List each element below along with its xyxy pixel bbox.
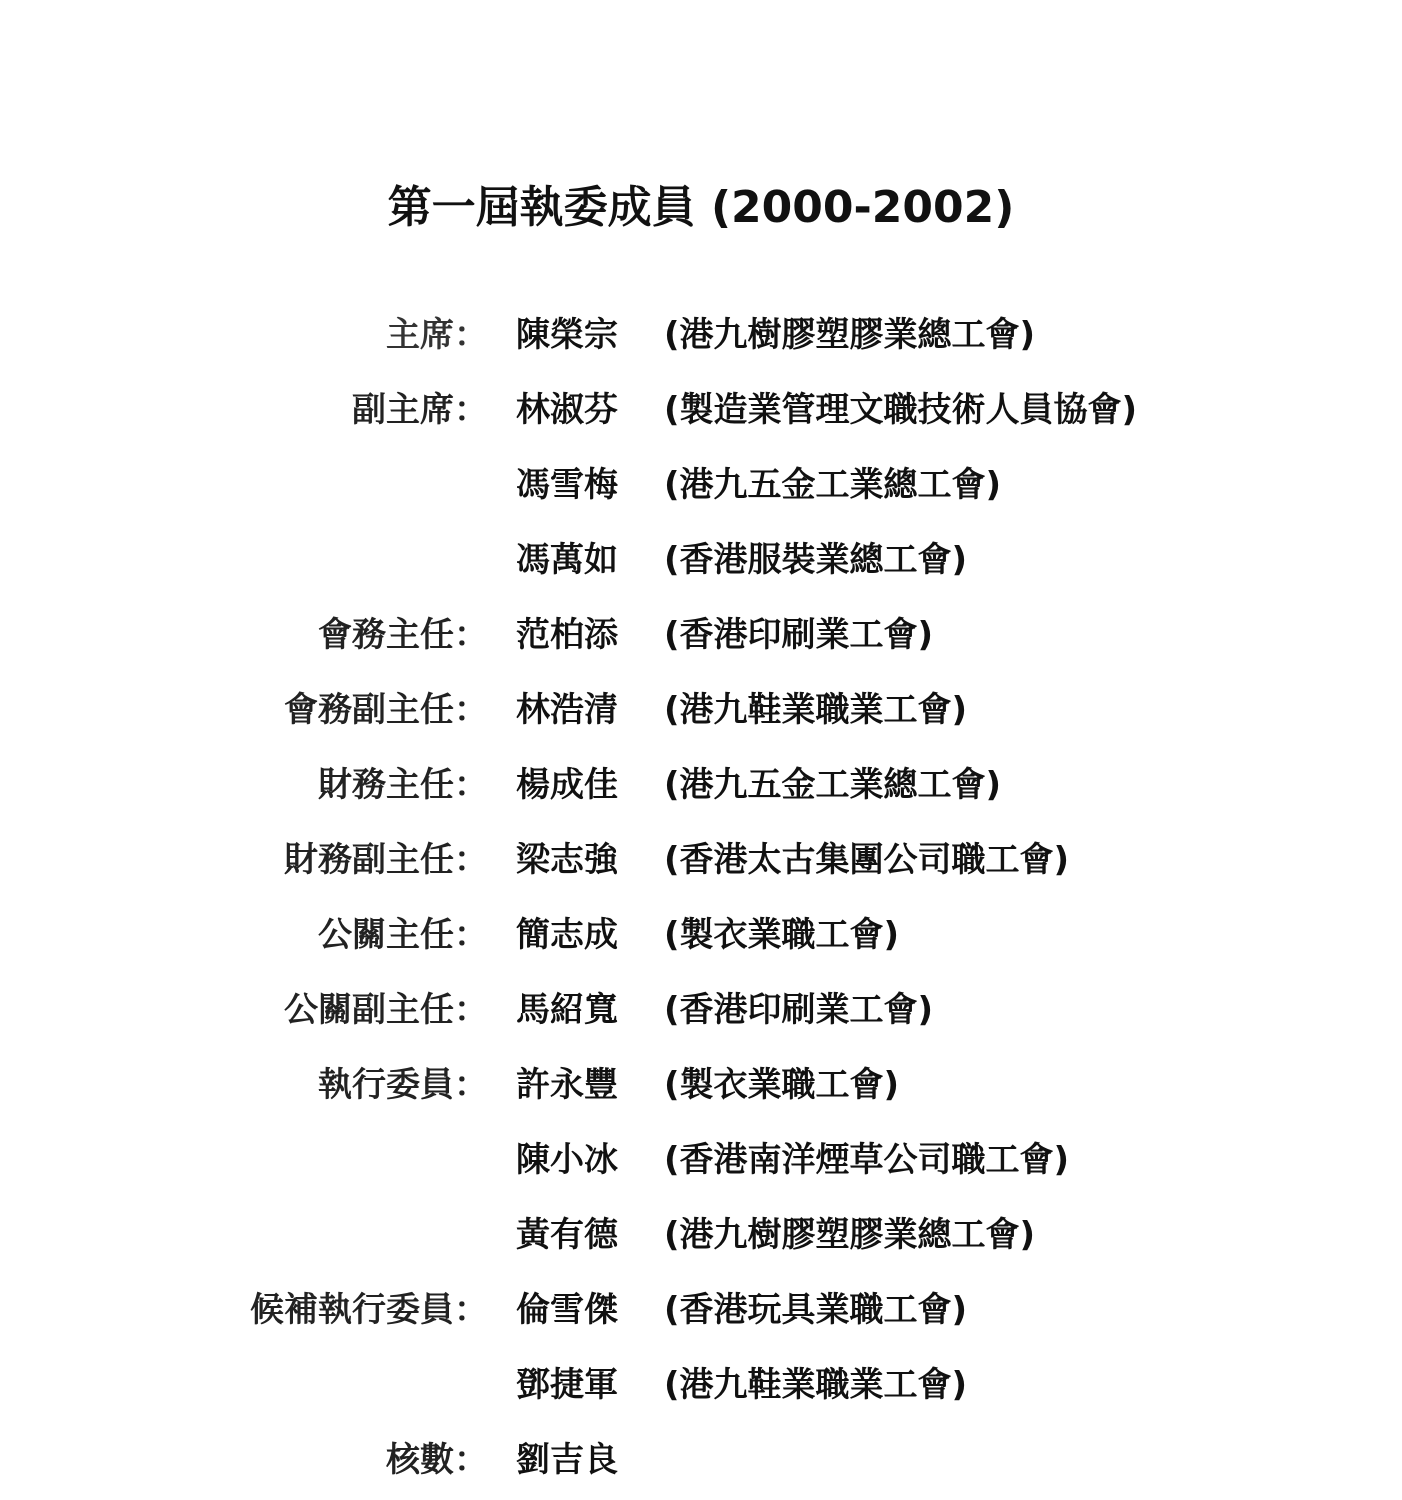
- member-name: 林淑芬: [516, 379, 618, 441]
- member-name: 鄧捷軍: [516, 1354, 618, 1416]
- member-union: (製衣業職工會): [664, 904, 899, 966]
- member-name: 楊成佳: [516, 754, 618, 816]
- role-label: 候補執行委員：: [250, 1279, 488, 1341]
- role-label: 主席：: [386, 304, 488, 366]
- role-label: 執行委員：: [318, 1054, 488, 1116]
- member-union: (製造業管理文職技術人員協會): [664, 379, 1137, 441]
- member-row-finance-deputy: 財務副主任： 梁志強 (香港太古集團公司職工會): [0, 829, 1402, 904]
- role-label: 會務副主任：: [284, 679, 488, 741]
- role-label: 公關主任：: [318, 904, 488, 966]
- member-union: (港九樹膠塑膠業總工會): [664, 1204, 1035, 1266]
- member-union: (香港南洋煙草公司職工會): [664, 1129, 1069, 1191]
- role-label: 核數：: [386, 1429, 488, 1491]
- member-row-alternate-executive: 候補執行委員： 倫雪傑 (香港玩具業職工會): [0, 1279, 1402, 1354]
- member-union: (香港印刷業工會): [664, 604, 933, 666]
- member-name: 簡志成: [516, 904, 618, 966]
- role-label: 公關副主任：: [284, 979, 488, 1041]
- member-union: (香港玩具業職工會): [664, 1279, 967, 1341]
- member-name: 黃有德: [516, 1204, 618, 1266]
- member-row-pr-deputy: 公關副主任： 馬紹寬 (香港印刷業工會): [0, 979, 1402, 1054]
- member-union: (香港印刷業工會): [664, 979, 933, 1041]
- member-union: (香港服裝業總工會): [664, 529, 967, 591]
- member-row-pr-director: 公關主任： 簡志成 (製衣業職工會): [0, 904, 1402, 979]
- member-name: 陳小冰: [516, 1129, 618, 1191]
- role-label: 財務副主任：: [284, 829, 488, 891]
- member-row-auditor: 核數： 劉吉良: [0, 1429, 1402, 1500]
- member-name: 林浩清: [516, 679, 618, 741]
- committee-roster: 主席： 陳榮宗 (港九樹膠塑膠業總工會) 副主席： 林淑芬 (製造業管理文職技術…: [0, 304, 1402, 1500]
- member-row-finance-director: 財務主任： 楊成佳 (港九五金工業總工會): [0, 754, 1402, 829]
- member-name: 馮萬如: [516, 529, 618, 591]
- page-title: 第一屆執委成員 (2000-2002): [0, 178, 1402, 238]
- member-union: (港九五金工業總工會): [664, 754, 1001, 816]
- member-union: (港九樹膠塑膠業總工會): [664, 304, 1035, 366]
- member-row-executive: 執行委員： 許永豐 (製衣業職工會): [0, 1054, 1402, 1129]
- member-union: (港九鞋業職業工會): [664, 1354, 967, 1416]
- member-name: 馬紹寬: [516, 979, 618, 1041]
- member-name: 范柏添: [516, 604, 618, 666]
- member-union: (製衣業職工會): [664, 1054, 899, 1116]
- member-row-chairman: 主席： 陳榮宗 (港九樹膠塑膠業總工會): [0, 304, 1402, 379]
- member-name: 許永豐: [516, 1054, 618, 1116]
- member-row-vice-chairman: 馮萬如 (香港服裝業總工會): [0, 529, 1402, 604]
- member-row-executive: 黃有德 (港九樹膠塑膠業總工會): [0, 1204, 1402, 1279]
- role-label: 會務主任：: [318, 604, 488, 666]
- member-row-executive: 陳小冰 (香港南洋煙草公司職工會): [0, 1129, 1402, 1204]
- member-row-affairs-director: 會務主任： 范柏添 (香港印刷業工會): [0, 604, 1402, 679]
- member-union: (港九鞋業職業工會): [664, 679, 967, 741]
- member-union: (港九五金工業總工會): [664, 454, 1001, 516]
- member-row-affairs-deputy: 會務副主任： 林浩清 (港九鞋業職業工會): [0, 679, 1402, 754]
- member-row-vice-chairman: 副主席： 林淑芬 (製造業管理文職技術人員協會): [0, 379, 1402, 454]
- member-row-alternate-executive: 鄧捷軍 (港九鞋業職業工會): [0, 1354, 1402, 1429]
- member-name: 陳榮宗: [516, 304, 618, 366]
- member-name: 馮雪梅: [516, 454, 618, 516]
- role-label: 財務主任：: [318, 754, 488, 816]
- member-row-vice-chairman: 馮雪梅 (港九五金工業總工會): [0, 454, 1402, 529]
- role-label: 副主席：: [352, 379, 488, 441]
- member-name: 梁志強: [516, 829, 618, 891]
- member-name: 劉吉良: [516, 1429, 618, 1491]
- member-union: (香港太古集團公司職工會): [664, 829, 1069, 891]
- member-name: 倫雪傑: [516, 1279, 618, 1341]
